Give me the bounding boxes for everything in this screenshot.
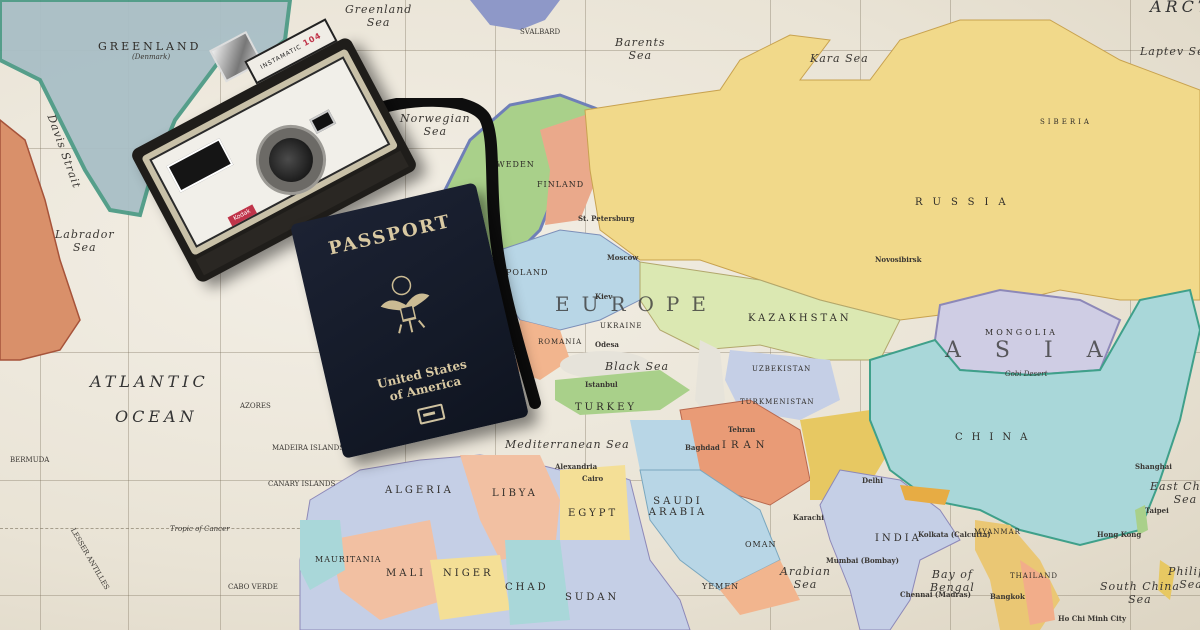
continent-label-asia: ASIA	[945, 338, 1137, 363]
country-label-oman: OMAN	[745, 540, 777, 549]
country-note-greenland: (Denmark)	[132, 53, 170, 61]
place-label: Taipei	[1145, 506, 1169, 515]
place-label: Ho Chi Minh City	[1058, 614, 1126, 623]
country-label-iran: IRAN	[722, 440, 769, 451]
country-label-ukraine: UKRAINE	[600, 322, 642, 330]
place-label: Istanbul	[585, 380, 618, 389]
sea-label-arabian-sea: ArabianSea	[780, 565, 831, 591]
place-label: CABO VERDE	[228, 583, 278, 591]
sea-label-labrador-sea: LabradorSea	[55, 228, 115, 254]
sea-label-line: Sea	[1128, 593, 1152, 606]
sea-label-line: Greenland	[345, 3, 412, 16]
sea-label-laptev-sea: Laptev Sea	[1140, 45, 1200, 58]
country-label-finland: FINLAND	[537, 180, 584, 189]
place-label: Shanghai	[1135, 462, 1172, 471]
sea-label-line: Philipp	[1168, 565, 1200, 578]
country-label-chad: CHAD	[505, 582, 549, 593]
place-label: Alexandria	[555, 462, 597, 471]
country-label-siberia: SIBERIA	[1040, 118, 1092, 126]
place-label: AZORES	[240, 402, 271, 410]
country-label-yemen: YEMEN	[702, 582, 739, 591]
place-label: Tehran	[728, 425, 755, 434]
sea-label-line: Sea	[367, 16, 391, 29]
sea-label-norwegian-sea: NorwegianSea	[400, 112, 471, 138]
place-label: Kolkata (Calcutta)	[918, 530, 991, 539]
world-map: ATLANTIC OCEAN ARCTI GreenlandSea Barent…	[0, 0, 1200, 630]
country-label-greenland: GREENLAND	[98, 40, 201, 53]
country-label-algeria: ALGERIA	[385, 485, 454, 496]
sea-label-barents-sea: BarentsSea	[615, 36, 666, 62]
sea-label-line: Sea	[73, 241, 97, 254]
place-label: Karachi	[793, 513, 824, 522]
country-label-romania: ROMANIA	[538, 338, 582, 346]
country-label-saudi-arabia: SAUDI ARABIA	[648, 496, 708, 518]
sea-label-line: East China	[1150, 480, 1200, 493]
country-label-sweden: SWEDEN	[490, 160, 535, 169]
place-label: Baghdad	[685, 443, 720, 452]
sea-label-east-china-sea: East ChinaSea	[1150, 480, 1200, 506]
place-label: Delhi	[862, 476, 883, 485]
sea-label-line: Norwegian	[400, 112, 471, 125]
place-label: St. Petersburg	[578, 214, 635, 223]
place-label: Kiev	[595, 292, 612, 301]
place-label: Moscow	[607, 253, 638, 262]
country-label-russia: RUSSIA	[915, 197, 1016, 208]
lens-glass	[261, 130, 321, 190]
country-label-turkmenistan: TURKMENISTAN	[740, 398, 815, 406]
country-label-sudan: SUDAN	[565, 592, 619, 603]
country-label-egypt: EGYPT	[568, 508, 618, 519]
place-label: Cairo	[582, 474, 603, 483]
place-label: Novosibirsk	[875, 255, 921, 264]
place-label: Chennai (Madras)	[900, 590, 971, 599]
ocean-label-atlantic: ATLANTIC	[90, 372, 209, 391]
sea-label-black-sea: Black Sea	[605, 360, 669, 373]
place-label: BERMUDA	[10, 456, 49, 464]
place-label: Odesa	[595, 340, 619, 349]
continent-label-europe: EUROPE	[555, 292, 718, 316]
country-label-mauritania: MAURITANIA	[315, 555, 382, 564]
country-label-turkey: TURKEY	[575, 402, 637, 413]
sea-label-line: Arabian	[780, 565, 831, 578]
place-label: CANARY ISLANDS	[268, 480, 335, 488]
place-label: MADEIRA ISLANDS	[272, 444, 344, 452]
eagle-seal-icon	[366, 264, 445, 343]
light-sensor-window	[309, 109, 336, 133]
sea-label-greenland-sea: GreenlandSea	[345, 3, 412, 29]
place-label: Hong Kong	[1097, 530, 1141, 539]
camera-model-number: 104	[301, 31, 323, 48]
place-label: Gobi Desert	[1005, 370, 1047, 378]
ocean-label-atlantic-line2: OCEAN	[115, 407, 198, 426]
sea-label-line: Sea	[794, 578, 818, 591]
country-label-india: INDIA	[875, 533, 922, 544]
viewfinder-icon	[166, 138, 233, 193]
country-label-mongolia: MONGOLIA	[985, 328, 1058, 337]
sea-label-line: Sea	[424, 125, 448, 138]
sea-label-line: Barents	[615, 36, 666, 49]
country-label-uzbekistan: UZBEKISTAN	[752, 365, 811, 373]
country-label-thailand: THAILAND	[1010, 572, 1058, 580]
sea-label-line: Sea	[1179, 578, 1200, 591]
country-label-libya: LIBYA	[492, 488, 538, 499]
biometric-chip-icon	[417, 403, 446, 424]
brand-badge: Kodak	[228, 204, 257, 226]
sea-label-mediterranean: Mediterranean Sea	[505, 438, 630, 451]
country-label-niger: NIGER	[443, 568, 494, 579]
sea-label-line: Bay of	[932, 568, 973, 581]
place-label: Tropic of Cancer	[170, 525, 230, 533]
place-label: Mumbai (Bombay)	[826, 556, 899, 565]
place-label: SVALBARD	[520, 28, 560, 36]
sea-label-line: Sea	[628, 49, 652, 62]
sea-label-kara-sea: Kara Sea	[810, 52, 869, 65]
sea-label-philippine-sea: PhilippSea	[1168, 565, 1200, 591]
country-label-china: CHINA	[955, 432, 1036, 443]
country-label-poland: POLAND	[506, 268, 548, 277]
ocean-label-arctic: ARCTI	[1150, 0, 1200, 16]
sea-label-line: Labrador	[55, 228, 115, 241]
sea-label-line: Sea	[1174, 493, 1198, 506]
place-label: Bangkok	[990, 592, 1025, 601]
country-label-kazakhstan: KAZAKHSTAN	[748, 313, 852, 324]
country-label-mali: MALI	[386, 568, 426, 579]
